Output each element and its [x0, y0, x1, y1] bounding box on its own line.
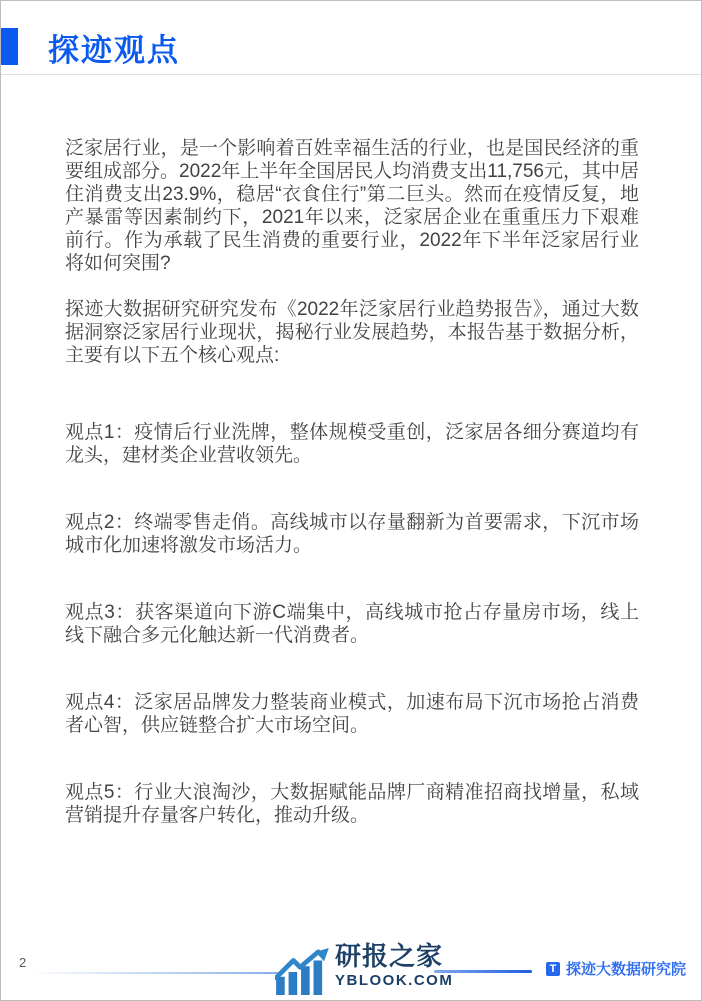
viewpoint-5: 观点5：行业大浪淘沙，大数据赋能品牌厂商精准招商找增量，私域营销提升存量客户转化…	[65, 781, 639, 827]
brand-domain: YBLOOK.COM	[335, 972, 453, 989]
publisher-name: 探迹大数据研究院	[566, 958, 686, 979]
viewpoint-1: 观点1：疫情后行业洗牌，整体规模受重创，泛家居各细分赛道均有龙头，建材类企业营收…	[65, 421, 639, 467]
title-accent-square	[1, 28, 18, 65]
tungee-logo-icon: T	[546, 962, 560, 976]
report-page: { "header": { "title": "探迹观点" }, "conten…	[0, 0, 702, 1001]
viewpoint-3: 观点3：获客渠道向下游C端集中，高线城市抢占存量房市场，线上线下融合多元化触达新…	[65, 601, 639, 647]
viewpoint-list: 观点1：疫情后行业洗牌，整体规模受重创，泛家居各细分赛道均有龙头，建材类企业营收…	[65, 421, 639, 827]
page-title: 探迹观点	[48, 25, 180, 70]
intro-paragraph-2: 探迹大数据研究研究发布《2022年泛家居行业趋势报告》，通过大数据洞察泛家居行业…	[65, 298, 639, 367]
title-divider	[1, 74, 701, 75]
brand-name: 研报之家	[335, 943, 453, 969]
publisher-block: T 探迹大数据研究院	[546, 958, 686, 979]
footer-divider-right	[434, 970, 532, 973]
footer-divider-left	[37, 972, 279, 974]
content-area: 泛家居行业，是一个影响着百姓幸福生活的行业，也是国民经济的重要组成部分。2022…	[65, 137, 639, 827]
brand-text-block: 研报之家 YBLOOK.COM	[335, 943, 453, 989]
page-number: 2	[19, 955, 26, 970]
viewpoint-2: 观点2：终端零售走俏。高线城市以存量翻新为首要需求，下沉市场城市化加速将激发市场…	[65, 511, 639, 557]
bar-chart-arrow-icon	[275, 948, 329, 1000]
viewpoint-4: 观点4：泛家居品牌发力整装商业模式，加速布局下沉市场抢占消费者心智，供应链整合扩…	[65, 691, 639, 737]
brand-logo: 研报之家 YBLOOK.COM	[275, 943, 453, 1000]
intro-paragraph-1: 泛家居行业，是一个影响着百姓幸福生活的行业，也是国民经济的重要组成部分。2022…	[65, 137, 639, 275]
